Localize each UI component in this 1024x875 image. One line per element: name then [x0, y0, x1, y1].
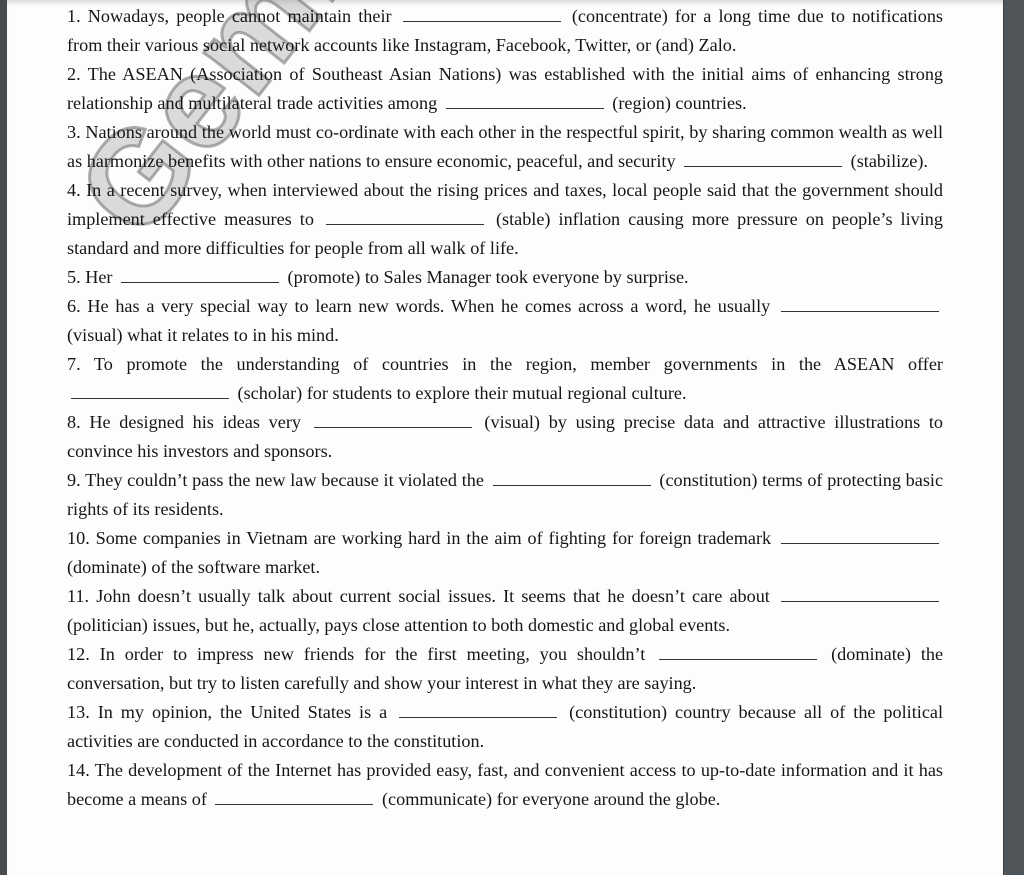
answer-blank[interactable] — [781, 297, 939, 312]
question-text-before: He designed his ideas very — [89, 412, 301, 432]
question-text-before: Her — [85, 267, 112, 287]
question-text-before: Some companies in Vietnam are working ha… — [96, 528, 772, 548]
question-number: 5. — [67, 267, 81, 287]
question-text-before: He has a very special way to learn new w… — [87, 296, 770, 316]
question-item: 8. He designed his ideas very (visual) b… — [67, 408, 943, 466]
question-item: 6. He has a very special way to learn ne… — [67, 292, 943, 350]
question-text-before: Nowadays, people cannot maintain their — [88, 6, 392, 26]
answer-blank[interactable] — [781, 587, 939, 602]
word-hint: (concentrate) — [572, 6, 668, 26]
word-hint: (constitution) — [569, 702, 667, 722]
word-hint: (politician) — [67, 615, 148, 635]
answer-blank[interactable] — [326, 210, 484, 225]
question-number: 10. — [67, 528, 90, 548]
question-item: 1. Nowadays, people cannot maintain thei… — [67, 2, 943, 60]
answer-blank[interactable] — [121, 268, 279, 283]
question-item: 10. Some companies in Vietnam are workin… — [67, 524, 943, 582]
answer-blank[interactable] — [781, 529, 939, 544]
question-text-after: for students to explore their mutual reg… — [307, 383, 687, 403]
viewer-scrollbar-track[interactable] — [1003, 0, 1024, 875]
answer-blank[interactable] — [71, 384, 229, 399]
question-number: 6. — [67, 296, 81, 316]
document-page: Gemini English House 1. Nowadays, people… — [7, 0, 1003, 875]
answer-blank[interactable] — [403, 7, 561, 22]
answer-blank[interactable] — [684, 152, 842, 167]
question-number: 4. — [67, 180, 81, 200]
answer-blank[interactable] — [493, 471, 651, 486]
question-number: 7. — [67, 354, 81, 374]
question-number: 14. — [67, 760, 90, 780]
word-hint: (stable) — [496, 209, 551, 229]
question-item: 3. Nations around the world must co-ordi… — [67, 118, 943, 176]
question-number: 3. — [67, 122, 81, 142]
question-text-before: In my opinion, the United States is a — [98, 702, 388, 722]
word-hint: (scholar) — [238, 383, 303, 403]
word-hint: (constitution) — [659, 470, 757, 490]
viewer-left-edge — [0, 0, 7, 875]
question-text-before: To promote the understanding of countrie… — [94, 354, 943, 374]
answer-blank[interactable] — [314, 413, 472, 428]
question-text-after: for everyone around the globe. — [497, 789, 721, 809]
question-text-after: issues, but he, actually, pays close att… — [152, 615, 730, 635]
question-item: 11. John doesn’t usually talk about curr… — [67, 582, 943, 640]
word-hint: (dominate) — [831, 644, 911, 664]
question-item: 14. The development of the Internet has … — [67, 756, 943, 814]
question-item: 5. Her (promote) to Sales Manager took e… — [67, 263, 943, 292]
word-hint: (region) — [612, 93, 671, 113]
question-item: 12. In order to impress new friends for … — [67, 640, 943, 698]
question-item: 4. In a recent survey, when interviewed … — [67, 176, 943, 263]
word-hint: (visual) — [67, 325, 123, 345]
answer-blank[interactable] — [659, 645, 817, 660]
question-number: 9. — [67, 470, 81, 490]
question-text-after: countries. — [675, 93, 746, 113]
answer-blank[interactable] — [399, 703, 557, 718]
question-text-before: In order to impress new friends for the … — [100, 644, 646, 664]
question-number: 1. — [67, 6, 81, 26]
answer-blank[interactable] — [215, 790, 373, 805]
question-item: 2. The ASEAN (Association of Southeast A… — [67, 60, 943, 118]
question-number: 8. — [67, 412, 81, 432]
question-number: 11. — [67, 586, 89, 606]
question-item: 7. To promote the understanding of count… — [67, 350, 943, 408]
question-text-after: what it relates to in his mind. — [127, 325, 339, 345]
question-number: 13. — [67, 702, 90, 722]
question-number: 2. — [67, 64, 81, 84]
exercise-list: 1. Nowadays, people cannot maintain thei… — [67, 2, 943, 814]
question-item: 9. They couldn’t pass the new law becaus… — [67, 466, 943, 524]
question-number: 12. — [67, 644, 90, 664]
word-hint: (dominate) — [67, 557, 147, 577]
answer-blank[interactable] — [446, 94, 604, 109]
question-text-before: John doesn’t usually talk about current … — [96, 586, 770, 606]
question-text-before: They couldn’t pass the new law because i… — [85, 470, 484, 490]
word-hint: (promote) — [288, 267, 361, 287]
word-hint: (visual) — [484, 412, 540, 432]
word-hint: (communicate) — [382, 789, 492, 809]
question-text-after: of the software market. — [151, 557, 320, 577]
word-hint: (stabilize). — [851, 151, 928, 171]
question-text-after: to Sales Manager took everyone by surpri… — [365, 267, 689, 287]
question-item: 13. In my opinion, the United States is … — [67, 698, 943, 756]
